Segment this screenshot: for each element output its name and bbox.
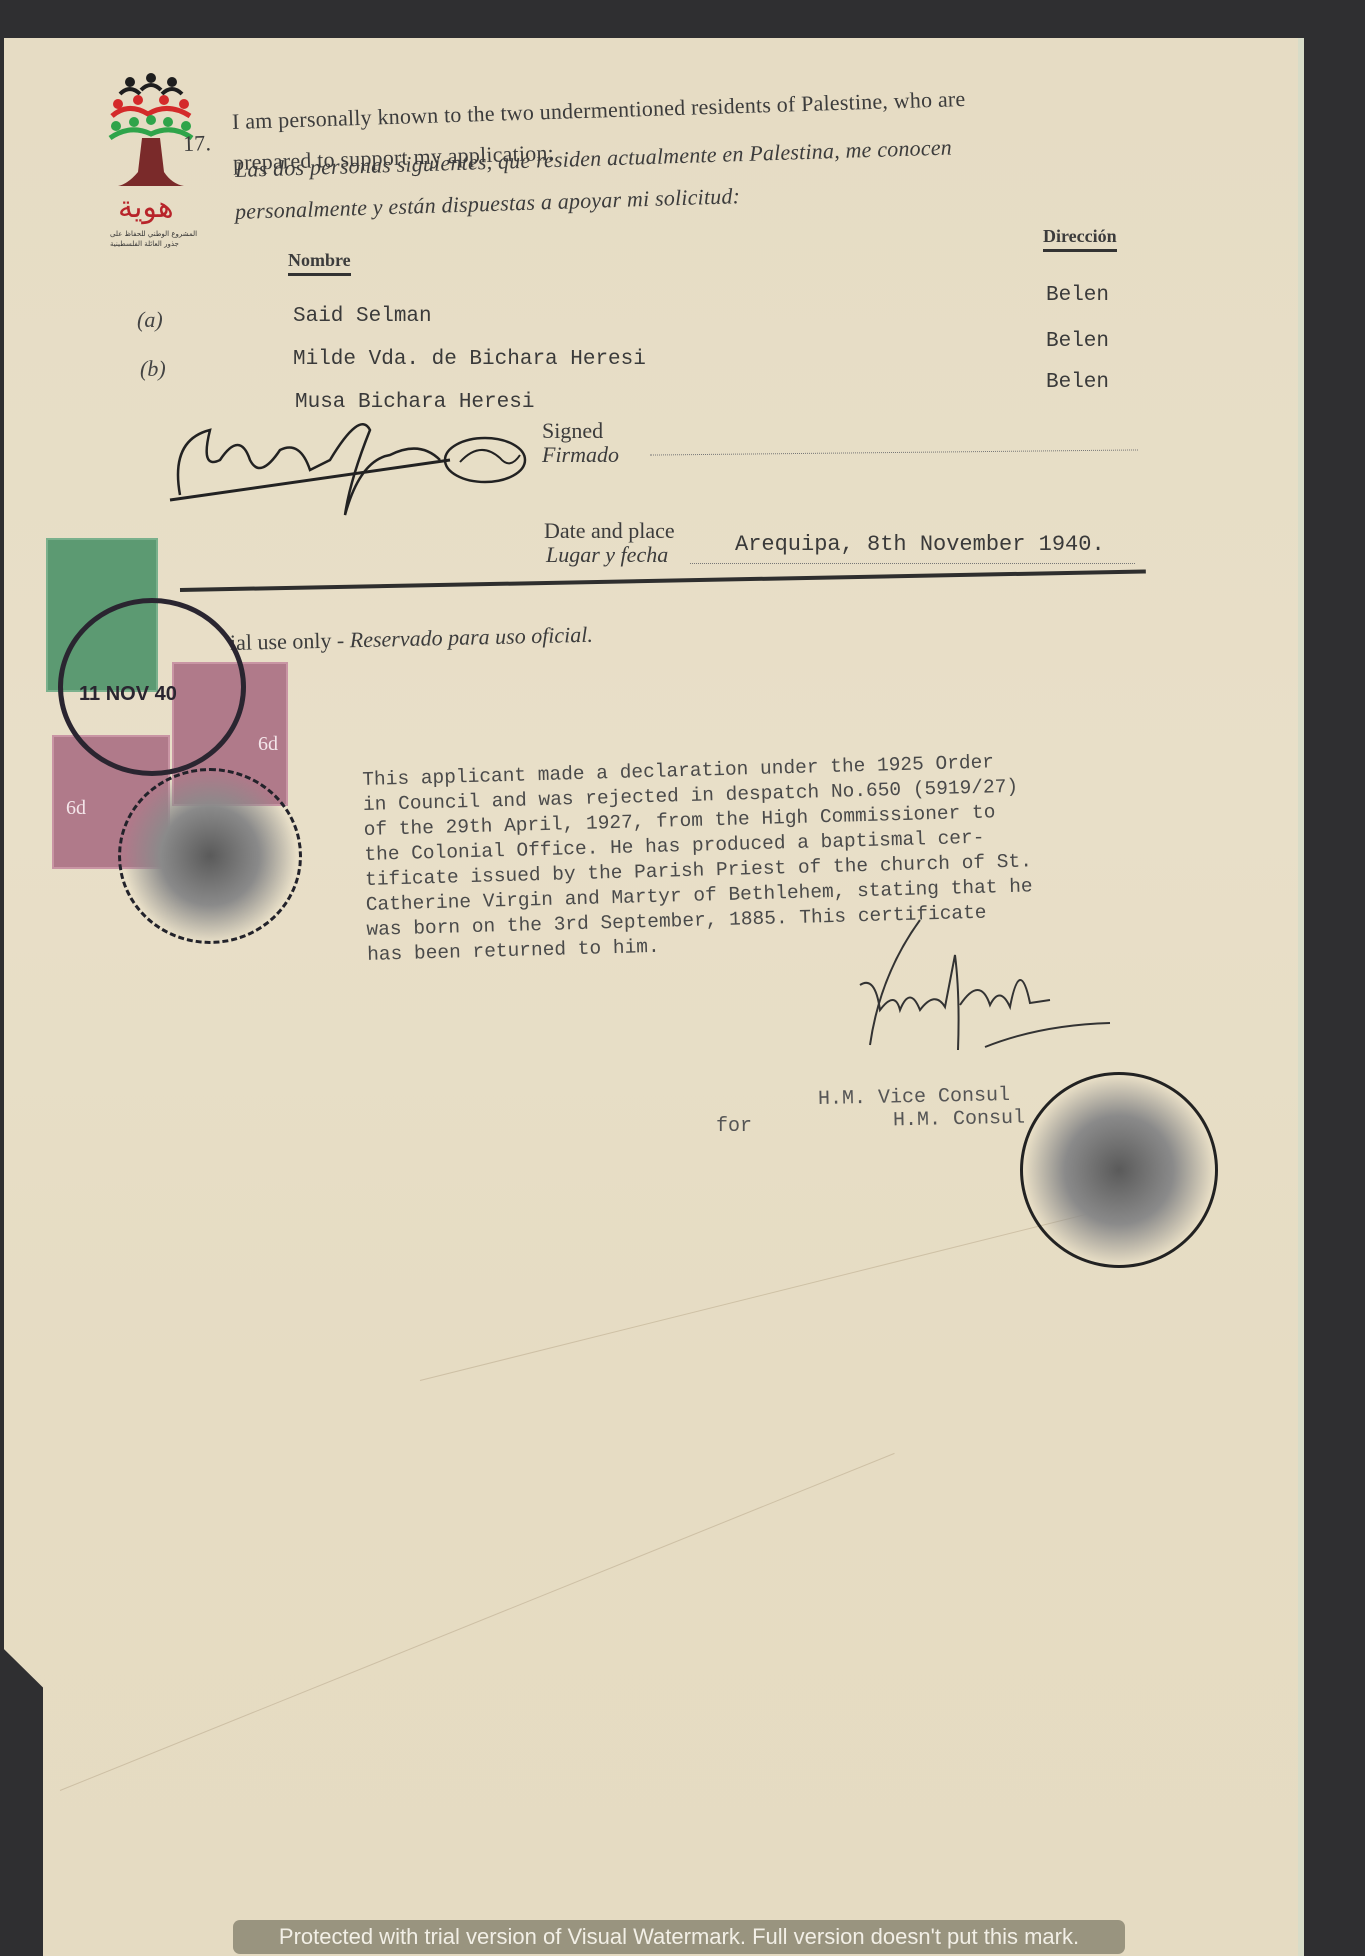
signed-label-es: Firmado <box>542 442 619 468</box>
row-name-a: Said Selman <box>293 305 432 328</box>
official-use-en: ial use only - <box>230 627 350 655</box>
consul-signature <box>840 915 1120 1075</box>
stamp-value-6d: 6d <box>66 797 86 820</box>
date-place-label-es: Lugar y fecha <box>546 542 668 568</box>
arequipa-consulate-seal <box>118 768 302 944</box>
logo-arabic-title: هوية <box>118 190 174 225</box>
consul-title: H.M. Consul <box>893 1107 1025 1133</box>
hawiya-logo: هوية المشروع الوطني للحفاظ على جذور العا… <box>108 72 194 252</box>
signed-label-en: Signed <box>542 418 603 444</box>
family-tree-icon <box>108 72 194 192</box>
row-address-a: Belen <box>1046 284 1109 307</box>
row-label-a: (a) <box>137 307 163 333</box>
applicant-signature <box>160 400 540 525</box>
official-use-es: Reservado para uso oficial. <box>349 622 593 653</box>
date-place-line <box>690 563 1135 564</box>
row-label-b: (b) <box>140 356 166 382</box>
header-direccion: Dirección <box>1043 226 1117 252</box>
logo-subtitle-1: المشروع الوطني للحفاظ على <box>110 230 197 238</box>
arequipa-postmark: 11 NOV 40 <box>58 598 246 776</box>
question-number: 17. <box>183 130 212 157</box>
stamp-value-6d: 6d <box>258 733 278 756</box>
for-label: for <box>716 1115 752 1138</box>
header-nombre: Nombre <box>288 250 351 276</box>
row-name-b: Milde Vda. de Bichara Heresi <box>293 348 646 371</box>
postmark-date: 11 NOV 40 <box>79 683 177 706</box>
watermark-banner: Protected with trial version of Visual W… <box>233 1920 1125 1954</box>
row-address-b: Belen <box>1046 330 1109 353</box>
date-place-label-en: Date and place <box>544 518 675 544</box>
date-place-value: Arequipa, 8th November 1940. <box>735 532 1105 557</box>
lima-consulate-seal <box>1020 1072 1218 1268</box>
row-address-c: Belen <box>1046 371 1109 394</box>
logo-subtitle-2: جذور العائلة الفلسطينية <box>110 240 179 248</box>
page-edge <box>1298 38 1304 1956</box>
